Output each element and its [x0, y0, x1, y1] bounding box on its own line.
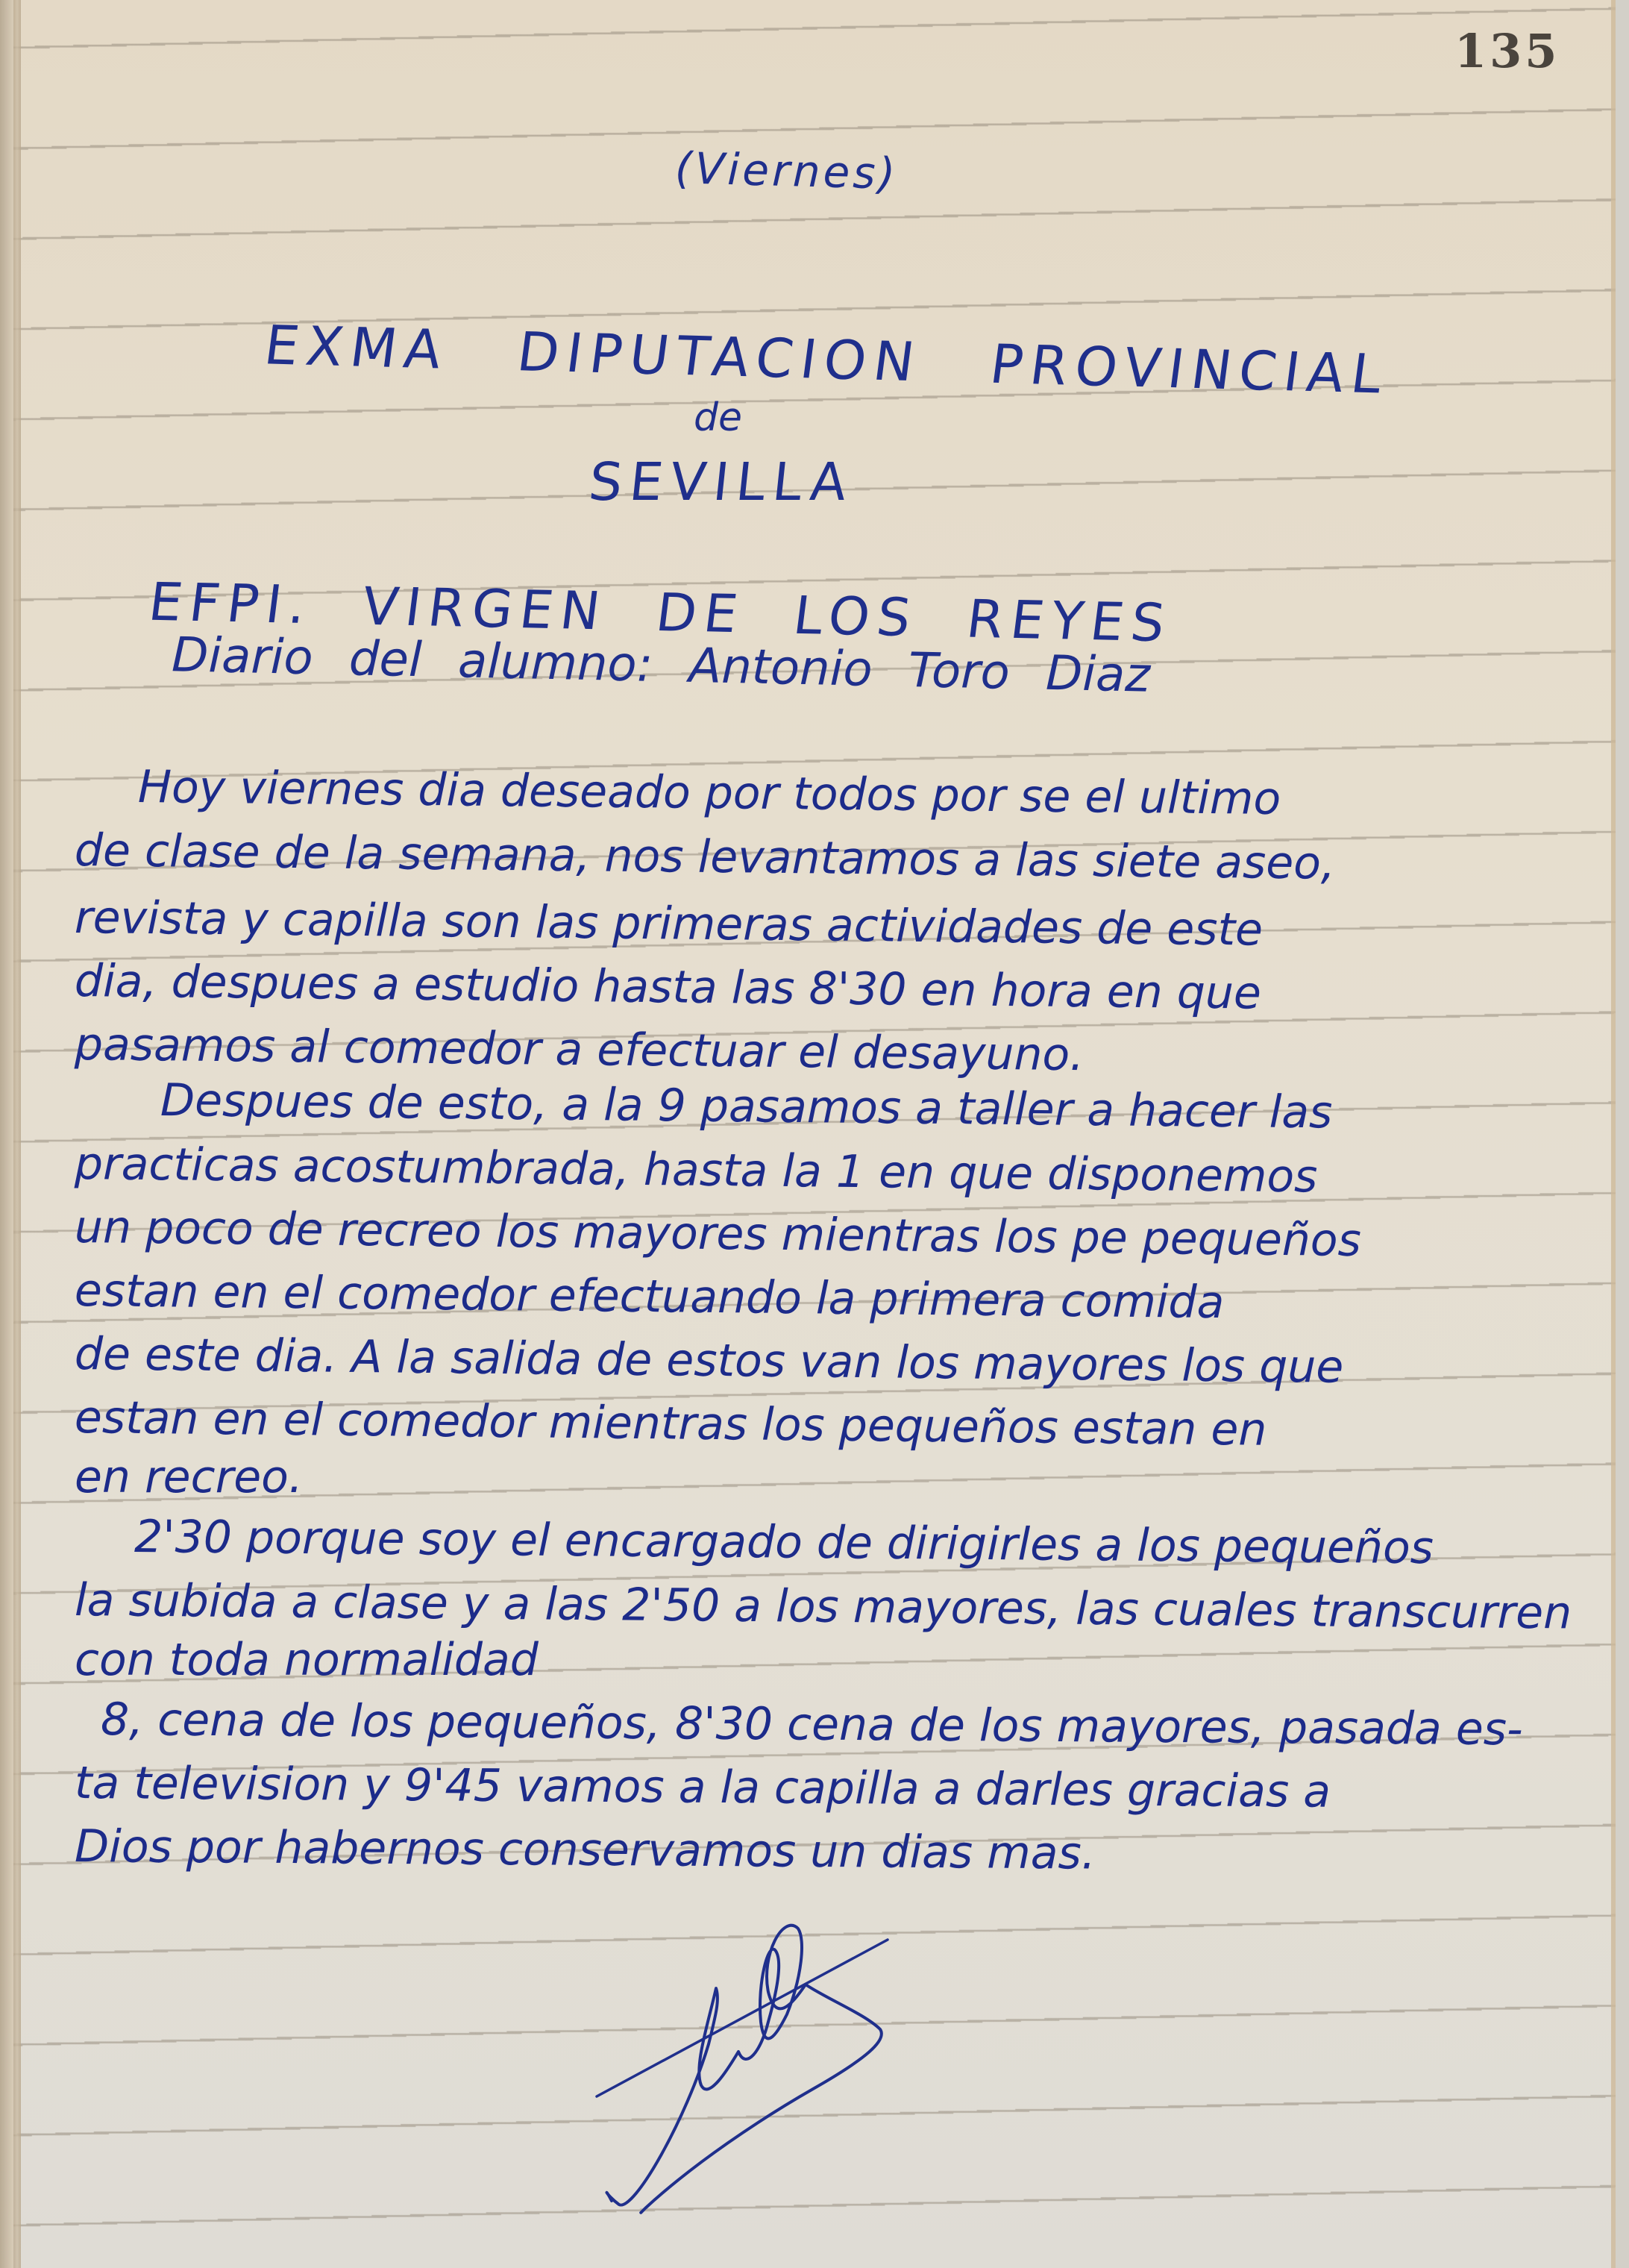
body-line: Dios por habernos conservamos un dias ma…: [75, 1820, 1096, 1880]
body-line: en recreo.: [75, 1451, 303, 1503]
notebook-page: 135 (Viernes) EXMA DIPUTACION PROVINCIAL…: [0, 0, 1629, 2268]
binding-shadow: [0, 0, 13, 2268]
page-edge-strip: [1616, 0, 1629, 2268]
title-line-2: SEVILLA: [586, 451, 857, 513]
binding-edge: [13, 0, 21, 2268]
body-line: ta television y 9'45 vamos a la capilla …: [75, 1757, 1331, 1818]
page-number: 135: [1454, 24, 1560, 78]
body-line: con toda normalidad: [75, 1634, 539, 1686]
title-connector: de: [694, 395, 742, 440]
body-line: 8, cena de los pequeños, 8'30 cena de lo…: [101, 1694, 1523, 1755]
day-heading: (Viernes): [674, 142, 899, 199]
signature-underline: [597, 1940, 888, 2096]
body-line: pasamos al comedor a efectuar el desayun…: [75, 1018, 1085, 1081]
signature: [589, 1910, 1007, 2238]
